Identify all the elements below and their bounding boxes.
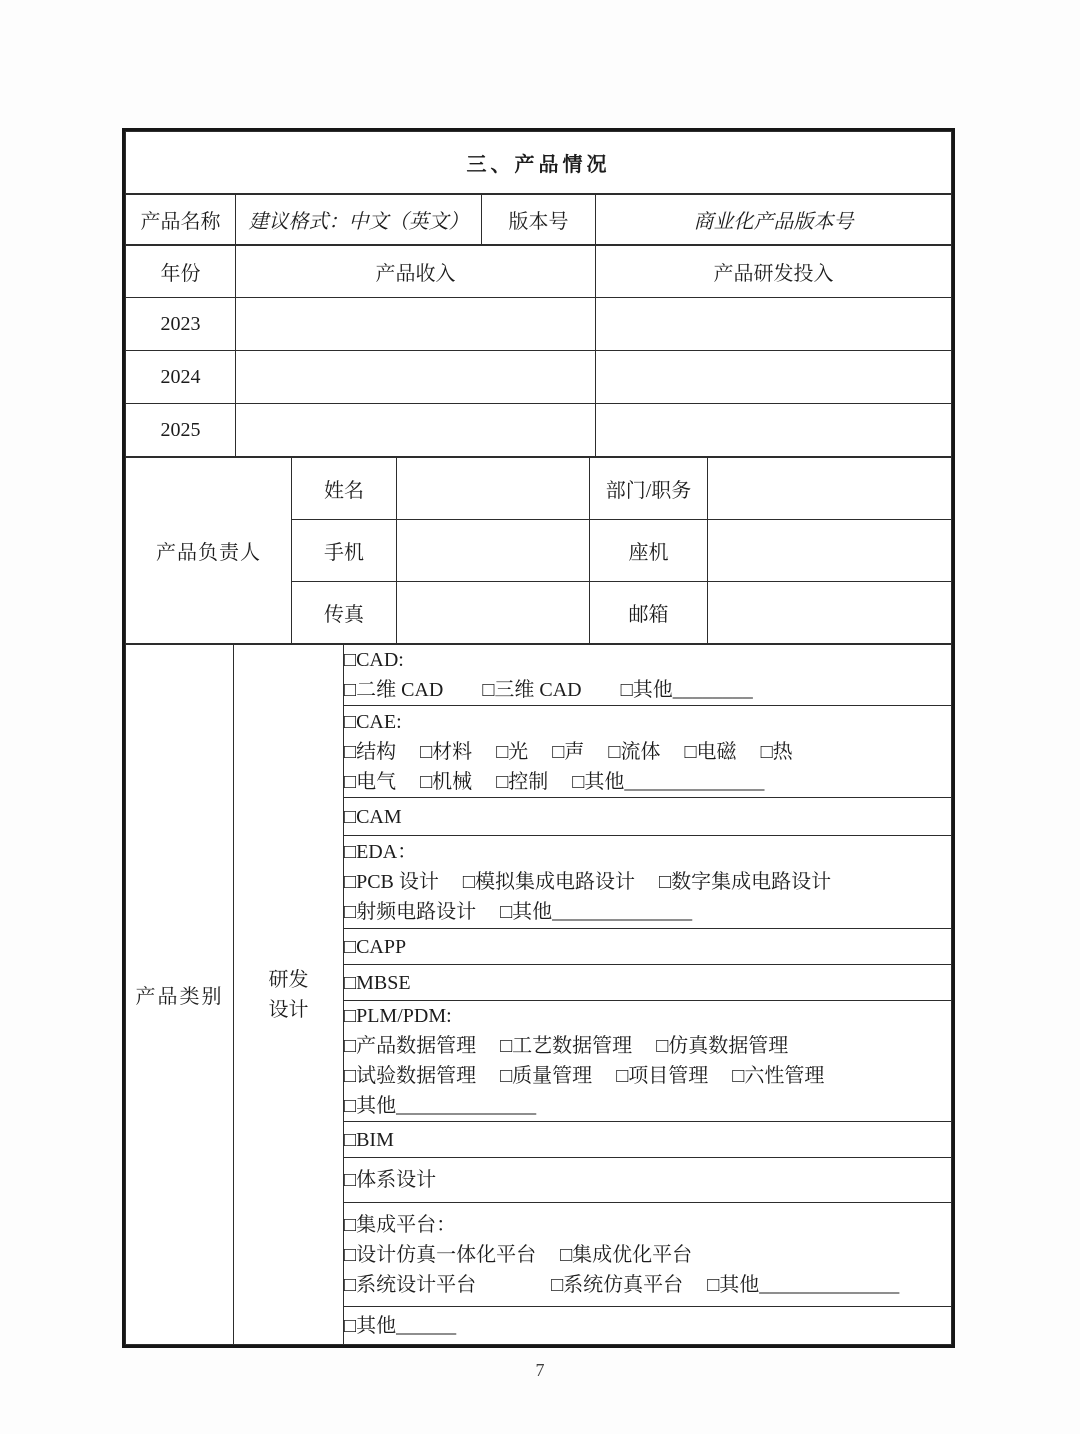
checkbox-mechanical: □机械 — [420, 767, 472, 797]
checkbox-analog-ic-design: □模拟集成电路设计 — [463, 867, 635, 897]
rd-2024-cell — [596, 351, 952, 404]
finance-section: 年份 产品收入 产品研发投入 2023 2024 2025 — [125, 245, 952, 457]
page-number: 7 — [0, 1360, 1080, 1381]
category-row-other: □其他______ — [344, 1307, 952, 1345]
product-info-table: 三、产品情况 产品名称 建议格式：中文（英文） 版本号 商业化产品版本号 年份 … — [122, 128, 955, 1348]
landline-input-cell — [708, 520, 952, 582]
category-row-capp: □CAPP — [344, 929, 952, 965]
checkbox-control: □控制 — [496, 767, 548, 797]
category-row-system-design: □体系设计 — [344, 1158, 952, 1203]
version-label: 版本号 — [482, 195, 596, 245]
rd-2023-cell — [596, 298, 952, 351]
checkbox-rf-circuit-design: □射频电路设计 — [344, 897, 476, 927]
name-input-cell — [397, 458, 590, 520]
checkbox-optics: □光 — [496, 737, 528, 767]
category-group-rd-design: 研发 设计 — [234, 645, 344, 1345]
income-2023-cell — [236, 298, 596, 351]
checkbox-capp: □CAPP — [344, 932, 406, 962]
checkbox-electromagnetic: □电磁 — [684, 737, 736, 767]
group-label-line2: 设计 — [234, 995, 343, 1025]
checkbox-simulation-data-mgmt: □仿真数据管理 — [656, 1031, 788, 1061]
checkbox-digital-ic-design: □数字集成电路设计 — [659, 867, 831, 897]
rd-2025-cell — [596, 404, 952, 457]
year-2024: 2024 — [126, 351, 236, 404]
rd-header: 产品研发投入 — [596, 246, 952, 298]
manager-section: 产品负责人 姓名 部门/职务 手机 座机 传真 邮箱 — [125, 457, 952, 644]
income-2025-cell — [236, 404, 596, 457]
category-row-cae: □CAE: □结构 □材料 □光 □声 □流体 □电磁 □热 □电气 □机械 □… — [344, 706, 952, 798]
income-header: 产品收入 — [236, 246, 596, 298]
checkbox-other: □其他______ — [344, 1311, 456, 1341]
department-label: 部门/职务 — [590, 458, 708, 520]
product-name-hint: 建议格式：中文（英文） — [236, 195, 482, 245]
product-name-label: 产品名称 — [126, 195, 236, 245]
checkbox-plm-other: □其他______________ — [344, 1091, 536, 1121]
checkbox-product-data-mgmt: □产品数据管理 — [344, 1031, 476, 1061]
title-section: 三、产品情况 — [125, 131, 952, 194]
checkbox-eda-other: □其他______________ — [500, 897, 692, 927]
email-label: 邮箱 — [590, 582, 708, 644]
checkbox-system-simulation-platform: □系统仿真平台 — [551, 1270, 683, 1300]
checkbox-3d-cad: □三维 CAD — [482, 675, 581, 705]
category-row-cad: □CAD: □二维 CAD □三维 CAD □其他________ — [344, 645, 952, 706]
checkbox-six-attributes-mgmt: □六性管理 — [732, 1061, 824, 1091]
checkbox-system-design-platform: □系统设计平台 — [344, 1270, 476, 1300]
category-row-bim: □BIM — [344, 1122, 952, 1158]
category-row-cam: □CAM — [344, 798, 952, 836]
income-2024-cell — [236, 351, 596, 404]
category-row-integrated-platform: □集成平台： □设计仿真一体化平台 □集成优化平台 □系统设计平台 □系统仿真平… — [344, 1203, 952, 1307]
category-row-mbse: □MBSE — [344, 965, 952, 1001]
checkbox-cad-other: □其他________ — [621, 675, 753, 705]
checkbox-cad: □CAD: — [344, 645, 404, 675]
checkbox-acoustics: □声 — [552, 737, 584, 767]
checkbox-platform-other: □其他______________ — [707, 1270, 899, 1300]
checkbox-cae: □CAE: — [344, 707, 402, 737]
checkbox-project-mgmt: □项目管理 — [616, 1061, 708, 1091]
checkbox-2d-cad: □二维 CAD — [344, 675, 443, 705]
group-label-line1: 研发 — [234, 965, 343, 995]
checkbox-cae-other: □其他______________ — [572, 767, 764, 797]
version-hint: 商业化产品版本号 — [596, 195, 952, 245]
name-label: 姓名 — [292, 458, 397, 520]
year-2023: 2023 — [126, 298, 236, 351]
checkbox-test-data-mgmt: □试验数据管理 — [344, 1061, 476, 1091]
mobile-label: 手机 — [292, 520, 397, 582]
document-page: 三、产品情况 产品名称 建议格式：中文（英文） 版本号 商业化产品版本号 年份 … — [0, 0, 1080, 1434]
mobile-input-cell — [397, 520, 590, 582]
checkbox-fluid: □流体 — [608, 737, 660, 767]
checkbox-pcb-design: □PCB 设计 — [344, 867, 439, 897]
checkbox-integrated-platform: □集成平台： — [344, 1210, 456, 1240]
checkbox-eda: □EDA： — [344, 837, 417, 867]
department-input-cell — [708, 458, 952, 520]
section-title: 三、产品情况 — [126, 132, 952, 194]
category-row-plm-pdm: □PLM/PDM: □产品数据管理 □工艺数据管理 □仿真数据管理 □试验数据管… — [344, 1001, 952, 1122]
category-section: 产品类别 研发 设计 □CAD: □二维 CAD □三维 CAD □其他____… — [125, 644, 952, 1345]
checkbox-process-data-mgmt: □工艺数据管理 — [500, 1031, 632, 1061]
checkbox-integration-optimization-platform: □集成优化平台 — [560, 1240, 692, 1270]
checkbox-mbse: □MBSE — [344, 968, 411, 998]
checkbox-electrical: □电气 — [344, 767, 396, 797]
year-header: 年份 — [126, 246, 236, 298]
checkbox-plm-pdm: □PLM/PDM: — [344, 1001, 452, 1031]
checkbox-bim: □BIM — [344, 1125, 394, 1155]
year-2025: 2025 — [126, 404, 236, 457]
checkbox-design-simulation-platform: □设计仿真一体化平台 — [344, 1240, 536, 1270]
checkbox-material: □材料 — [420, 737, 472, 767]
checkbox-cam: □CAM — [344, 802, 402, 832]
manager-label: 产品负责人 — [126, 458, 292, 644]
checkbox-structure: □结构 — [344, 737, 396, 767]
category-row-eda: □EDA： □PCB 设计 □模拟集成电路设计 □数字集成电路设计 □射频电路设… — [344, 836, 952, 929]
checkbox-quality-mgmt: □质量管理 — [500, 1061, 592, 1091]
category-label: 产品类别 — [126, 645, 234, 1345]
checkbox-thermal: □热 — [761, 737, 793, 767]
product-name-section: 产品名称 建议格式：中文（英文） 版本号 商业化产品版本号 — [125, 194, 952, 245]
checkbox-system-of-systems-design: □体系设计 — [344, 1165, 436, 1195]
fax-input-cell — [397, 582, 590, 644]
email-input-cell — [708, 582, 952, 644]
landline-label: 座机 — [590, 520, 708, 582]
fax-label: 传真 — [292, 582, 397, 644]
